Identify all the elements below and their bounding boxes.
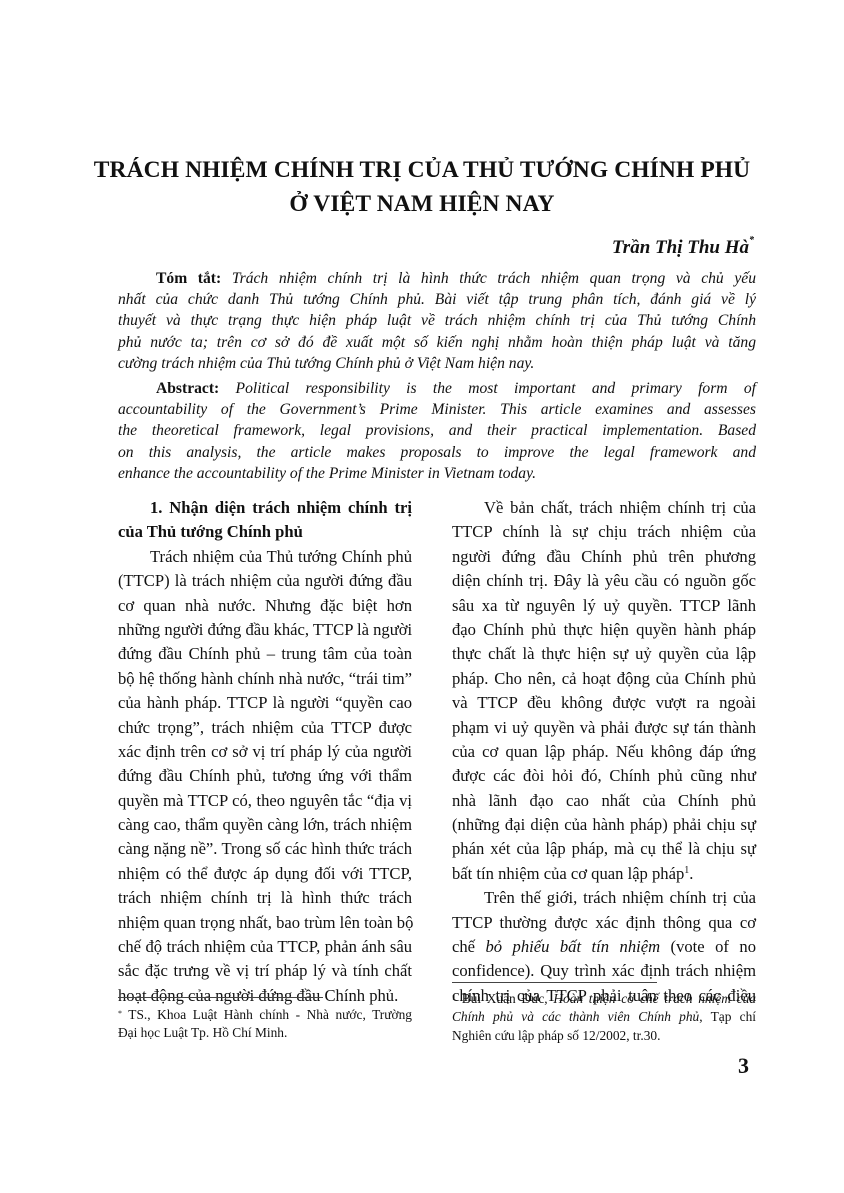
body-line: hoạt động của người đứng đầu Chính phủ. [118, 984, 412, 1008]
footnote-divider-right [452, 982, 657, 983]
body-line: pháp. Cho nên, cả hoạt động của Chính ph… [452, 667, 756, 691]
body-line: confidence). Quy trình xác định trách nh… [452, 959, 756, 983]
abstract-label: Abstract: [156, 380, 219, 397]
body-line: nhà lãnh đạo cao nhất của Chính phủ [452, 789, 756, 813]
body-line: chế độ trách nhiệm của TTCP, phản ánh sâ… [118, 935, 412, 959]
abstract-line: on this analysis, the article makes prop… [118, 442, 756, 463]
body-line: trách nhiệm chính trị là hình thức trách [118, 886, 412, 910]
italic-term: bỏ phiếu bất tín nhiệm [486, 937, 661, 956]
article-title-line-1: TRÁCH NHIỆM CHÍNH TRỊ CỦA THỦ TƯỚNG CHÍN… [0, 157, 844, 184]
footnote-1: 1 Bùi Xuân Đức, Hoàn thiện cơ chế trách … [452, 990, 756, 1045]
body-line: đạo Chính phủ thực hiện quyền hành pháp [452, 618, 756, 642]
footnote-marker: * [118, 1009, 122, 1018]
summary-line: nhất của chức danh Thủ tướng Chính phủ. … [118, 289, 756, 310]
author: Trần Thị Thu Hà* [612, 237, 754, 259]
body-line: diện chính trị. Đây là yêu cầu có nguồn … [452, 569, 756, 593]
vietnamese-summary: Tóm tắt: Trách nhiệm chính trị là hình t… [118, 268, 756, 374]
body-line: Trách nhiệm của Thủ tướng Chính phủ [118, 545, 412, 569]
body-line: (những đại diện của hành pháp) phải chịu… [452, 813, 756, 837]
right-column: Về bản chất, trách nhiệm chính trị của T… [452, 496, 756, 1008]
body-line: quyền mà TTCP có, theo nguyên tắc “địa v… [118, 789, 412, 813]
body-line: nhiệm quan trọng nhất, bao trùm lên toàn… [118, 911, 412, 935]
body-line: của hành pháp. TTCP là người “quyền cao [118, 691, 412, 715]
body-line: TTCP thường được xác định thông qua cơ [452, 911, 756, 935]
body-line: của cơ quan lập pháp. Nếu không đáp ứng [452, 740, 756, 764]
author-footnote: * TS., Khoa Luật Hành chính - Nhà nước, … [118, 1006, 412, 1043]
body-line: chế bỏ phiếu bất tín nhiệm (vote of no [452, 935, 756, 959]
body-line: TTCP chính là sự chịu trách nhiệm của [452, 520, 756, 544]
body-line: được các đòi hỏi đó, Chính phủ cũng như [452, 764, 756, 788]
body-line: càng cao, thẩm quyền càng lớn, trách nhi… [118, 813, 412, 837]
body-line: xác định trên cơ sở vị trí pháp lý của n… [118, 740, 412, 764]
footnote-ref-1: 1 [684, 865, 689, 876]
body-line: nhiệm có thể được áp dụng đối với TTCP, [118, 862, 412, 886]
body-line: thực chất là thực hiện sự uỷ quyền của l… [452, 642, 756, 666]
footnote-marker: 1 [452, 993, 456, 1002]
left-column: 1. Nhận diện trách nhiệm chính trị của T… [118, 496, 412, 1008]
body-line: người đứng đầu Chính phủ trên phương [452, 545, 756, 569]
summary-label: Tóm tắt: [156, 270, 221, 287]
body-line: sắc đặc trưng về vị trí pháp lý và tính … [118, 959, 412, 983]
abstract-line: accountability of the Government’s Prime… [118, 399, 756, 420]
section-heading: của Thủ tướng Chính phủ [118, 520, 412, 544]
abstract-line: Abstract: Political responsibility is th… [118, 378, 756, 399]
author-footnote-marker: * [749, 235, 754, 246]
section-heading: 1. Nhận diện trách nhiệm chính trị [118, 496, 412, 520]
abstract-line: enhance the accountability of the Prime … [118, 463, 756, 484]
body-line: sâu xa từ nguyên lý uỷ quyền. TTCP lãnh [452, 594, 756, 618]
body-line: bộ hệ thống hành chính nhà nước, “trái t… [118, 667, 412, 691]
body-line: bất tín nhiệm của cơ quan lập pháp1. [452, 862, 756, 886]
abstract-line: the theoretical framework, legal provisi… [118, 420, 756, 441]
body-line: chức trọng”, trách nhiệm của TTCP được [118, 716, 412, 740]
summary-line: cường trách nhiệm của Thủ tướng Chính ph… [118, 353, 756, 374]
body-line: (TTCP) là trách nhiệm của người đứng đầu [118, 569, 412, 593]
footnote-divider-left [118, 997, 323, 998]
body-line: phạm vi uỷ quyền và phải được sự tán thà… [452, 716, 756, 740]
author-name: Trần Thị Thu Hà [612, 237, 749, 258]
article-title-line-2: Ở VIỆT NAM HIỆN NAY [0, 191, 844, 218]
page-number: 3 [738, 1053, 749, 1079]
body-line: Về bản chất, trách nhiệm chính trị của [452, 496, 756, 520]
body-line: cơ quan nhà nước. Nhưng đặc biệt hơn [118, 594, 412, 618]
body-line: đứng đầu Chính phủ, tương ứng với thẩm [118, 764, 412, 788]
english-abstract: Abstract: Political responsibility is th… [118, 378, 756, 484]
body-line: và TTCP đều không được vượt ra ngoài [452, 691, 756, 715]
body-line: càng nặng nề”. Trong số các hình thức tr… [118, 837, 412, 861]
body-line: những người đứng đầu khác, TTCP là người [118, 618, 412, 642]
summary-line: phủ nước ta; trên cơ sở đó đề xuất một s… [118, 332, 756, 353]
body-line: đứng đầu Chính phủ – trung tâm của toàn [118, 642, 412, 666]
summary-line: Tóm tắt: Trách nhiệm chính trị là hình t… [118, 268, 756, 289]
body-line: Trên thế giới, trách nhiệm chính trị của [452, 886, 756, 910]
body-line: phán xét của lập pháp, mà cụ thể là chịu… [452, 837, 756, 861]
summary-line: thuyết và thực trạng thực hiện pháp luật… [118, 310, 756, 331]
